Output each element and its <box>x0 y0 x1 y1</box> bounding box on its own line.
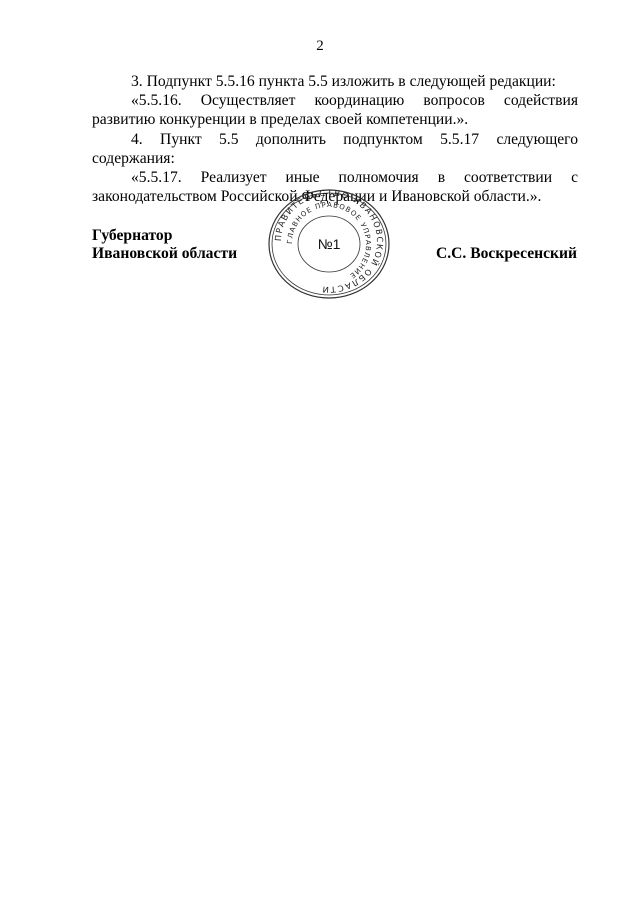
official-stamp: ПРАВИТЕЛЬСТВО ИВАНОВСКОЙ ОБЛАСТИ ГЛАВНОЕ… <box>265 188 393 300</box>
paragraph-5-5-16: «5.5.16. Осуществляет координацию вопрос… <box>92 91 578 129</box>
paragraph-3: 3. Подпункт 5.5.16 пункта 5.5 изложить в… <box>92 72 578 91</box>
page-number: 2 <box>0 38 640 55</box>
stamp-center-text: №1 <box>318 236 341 252</box>
signatory-name: С.С. Воскресенский <box>436 245 577 263</box>
position-line-2: Ивановской области <box>92 245 237 263</box>
position-line-1: Губернатор <box>92 227 237 245</box>
paragraph-4: 4. Пункт 5.5 дополнить подпунктом 5.5.17… <box>92 130 578 168</box>
signatory-position: Губернатор Ивановской области <box>92 227 237 263</box>
document-body: 3. Подпункт 5.5.16 пункта 5.5 изложить в… <box>92 72 578 206</box>
